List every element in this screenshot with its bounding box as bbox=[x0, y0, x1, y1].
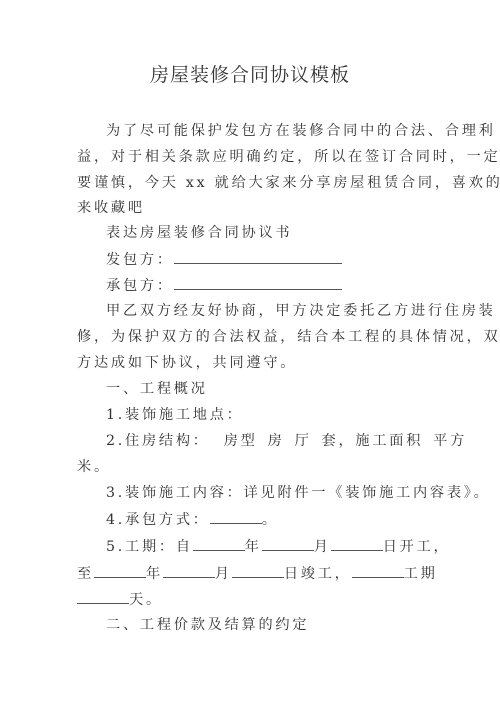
party-b-row: 承包方： bbox=[106, 275, 446, 295]
intro-line-2: 益，对于相关条款应明确约定，所以在签订合同时，一定 bbox=[77, 147, 417, 167]
intro-line-1: 为了尽可能保护发包方在装修合同中的合法、合理利 bbox=[106, 121, 446, 141]
item-5-prefix: 5.工期：自 bbox=[106, 539, 193, 555]
party-b-label: 承包方： bbox=[106, 278, 174, 294]
item-4-prefix: 4.承包方式： bbox=[106, 512, 210, 528]
start-year-blank[interactable] bbox=[193, 536, 245, 551]
intro-line-4: 来收藏吧 bbox=[77, 198, 417, 218]
item-4-suffix: 。 bbox=[262, 512, 279, 528]
start-suffix: 日开工， bbox=[383, 539, 451, 555]
days-blank[interactable] bbox=[77, 589, 129, 604]
item-2-sets-area: 套，施工面积 bbox=[322, 433, 424, 449]
section-1-item-3: 3.装饰施工内容：详见附件一《装饰施工内容表》。 bbox=[106, 483, 446, 503]
month-label: 月 bbox=[314, 539, 331, 555]
section-1-item-5: 5.工期：自年月日开工， bbox=[106, 536, 446, 556]
section-1-item-1: 1.装饰施工地点： bbox=[106, 405, 446, 425]
duration-label: 工期 bbox=[404, 566, 438, 582]
item-2-room-type: 房型 bbox=[224, 433, 258, 449]
agreement-line-2: 修，为保护双方的合法权益，结合本工程的具体情况，双 bbox=[77, 327, 417, 347]
item-2-rooms: 房 bbox=[268, 433, 285, 449]
section-1-item-2-cont: 米。 bbox=[77, 457, 417, 477]
month-label: 月 bbox=[215, 566, 232, 582]
party-a-label: 发包方： bbox=[106, 252, 174, 268]
intro-line-3: 要谨慎，今天 xx 就给大家来分享房屋租赁合同，喜欢的就 bbox=[77, 173, 417, 193]
end-suffix: 日竣工， bbox=[284, 566, 352, 582]
party-a-blank[interactable] bbox=[174, 249, 342, 264]
document-page: 房屋装修合同协议模板 为了尽可能保护发包方在装修合同中的合法、合理利 益，对于相… bbox=[0, 0, 500, 708]
end-day-blank[interactable] bbox=[232, 563, 284, 578]
section-1-item-2: 2.住房结构：房型房厅套，施工面积平方 bbox=[106, 431, 446, 451]
days-suffix: 天。 bbox=[129, 592, 163, 608]
end-year-blank[interactable] bbox=[94, 563, 146, 578]
item-2-square: 平方 bbox=[433, 433, 467, 449]
item-2-halls: 厅 bbox=[295, 433, 312, 449]
section-1-item-5-days: 天。 bbox=[77, 589, 417, 609]
duration-blank[interactable] bbox=[352, 563, 404, 578]
item-2-prefix: 2.住房结构： bbox=[106, 433, 210, 449]
to-label: 至 bbox=[77, 566, 94, 582]
section-1-heading: 一、工程概况 bbox=[106, 379, 446, 399]
year-label: 年 bbox=[245, 539, 262, 555]
contract-method-blank[interactable] bbox=[210, 509, 262, 524]
agreement-line-1: 甲乙双方经友好协商，甲方决定委托乙方进行住房装 bbox=[106, 301, 446, 321]
document-title: 房屋装修合同协议模板 bbox=[0, 62, 500, 88]
agreement-subtitle: 表达房屋装修合同协议书 bbox=[106, 223, 446, 243]
section-1-item-4: 4.承包方式：。 bbox=[106, 509, 446, 529]
year-label: 年 bbox=[146, 566, 163, 582]
section-1-item-5-cont: 至年月日竣工，工期 bbox=[77, 563, 417, 583]
agreement-line-3: 方达成如下协议，共同遵守。 bbox=[77, 353, 417, 373]
section-2-heading: 二、工程价款及结算的约定 bbox=[106, 615, 446, 635]
party-a-row: 发包方： bbox=[106, 249, 446, 269]
start-day-blank[interactable] bbox=[331, 536, 383, 551]
start-month-blank[interactable] bbox=[262, 536, 314, 551]
party-b-blank[interactable] bbox=[174, 275, 342, 290]
end-month-blank[interactable] bbox=[163, 563, 215, 578]
